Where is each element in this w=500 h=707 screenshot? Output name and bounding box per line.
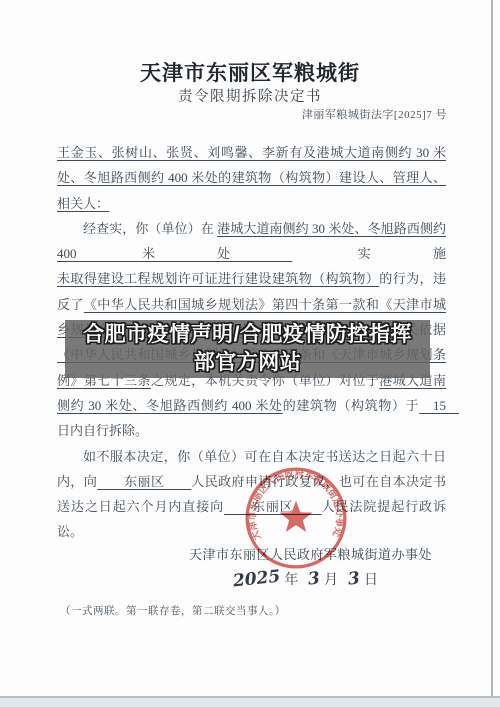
addressee-paragraph: 王金玉、张树山、张贤、刘鸣馨、李新有及港城大道南侧约 30 米处、冬旭路西侧约 … xyxy=(57,140,446,216)
footer-note: （一式两联。第一联存卷，第二联交当事人。） xyxy=(60,603,286,618)
scan-strip-bottom xyxy=(0,698,500,707)
date-day-label: 日 xyxy=(364,573,378,588)
watermark-text: 合肥市疫情声明/合肥疫情防控指挥部官方网站 xyxy=(75,321,420,377)
date-month-label: 月 xyxy=(324,573,338,588)
text-segment: 日内自行拆除。 xyxy=(57,423,148,438)
watermark-banner: 合肥市疫情声明/合肥疫情防控指挥部官方网站 xyxy=(65,320,430,378)
doc-subtitle: 责令限期拆除决定书 xyxy=(0,85,500,106)
text-segment: 经查实，你（单位）在 xyxy=(83,221,217,236)
text-segment: 东丽区 xyxy=(97,474,191,489)
date-year-label: 年 xyxy=(284,573,298,588)
doc-number: 津丽军粮城街法字[2025]7 号 xyxy=(302,106,447,122)
scanned-document-page: 天津市东丽区军粮城街 责令限期拆除决定书 津丽军粮城街法字[2025]7 号 王… xyxy=(0,0,500,707)
seal-star-icon xyxy=(280,501,313,532)
text-segment: 王金玉、张树山、张贤、刘鸣馨、李新有及港城大道南侧约 30 米处、冬旭路西侧约 … xyxy=(57,145,446,211)
scan-edge-right xyxy=(491,0,493,700)
text-segment: 实施 xyxy=(292,246,446,261)
text-segment: 未取得建设工程规划许可证进行建设建筑物（构筑物） xyxy=(57,271,379,286)
text-segment: 15 xyxy=(419,398,459,413)
text-segment: 的建筑物（构筑物）于 xyxy=(283,398,420,413)
doc-title: 天津市东丽区军粮城街 xyxy=(0,57,500,87)
official-seal-stamp-icon: 天津市东丽区人民政府军粮城街道办事处 xyxy=(240,462,352,574)
